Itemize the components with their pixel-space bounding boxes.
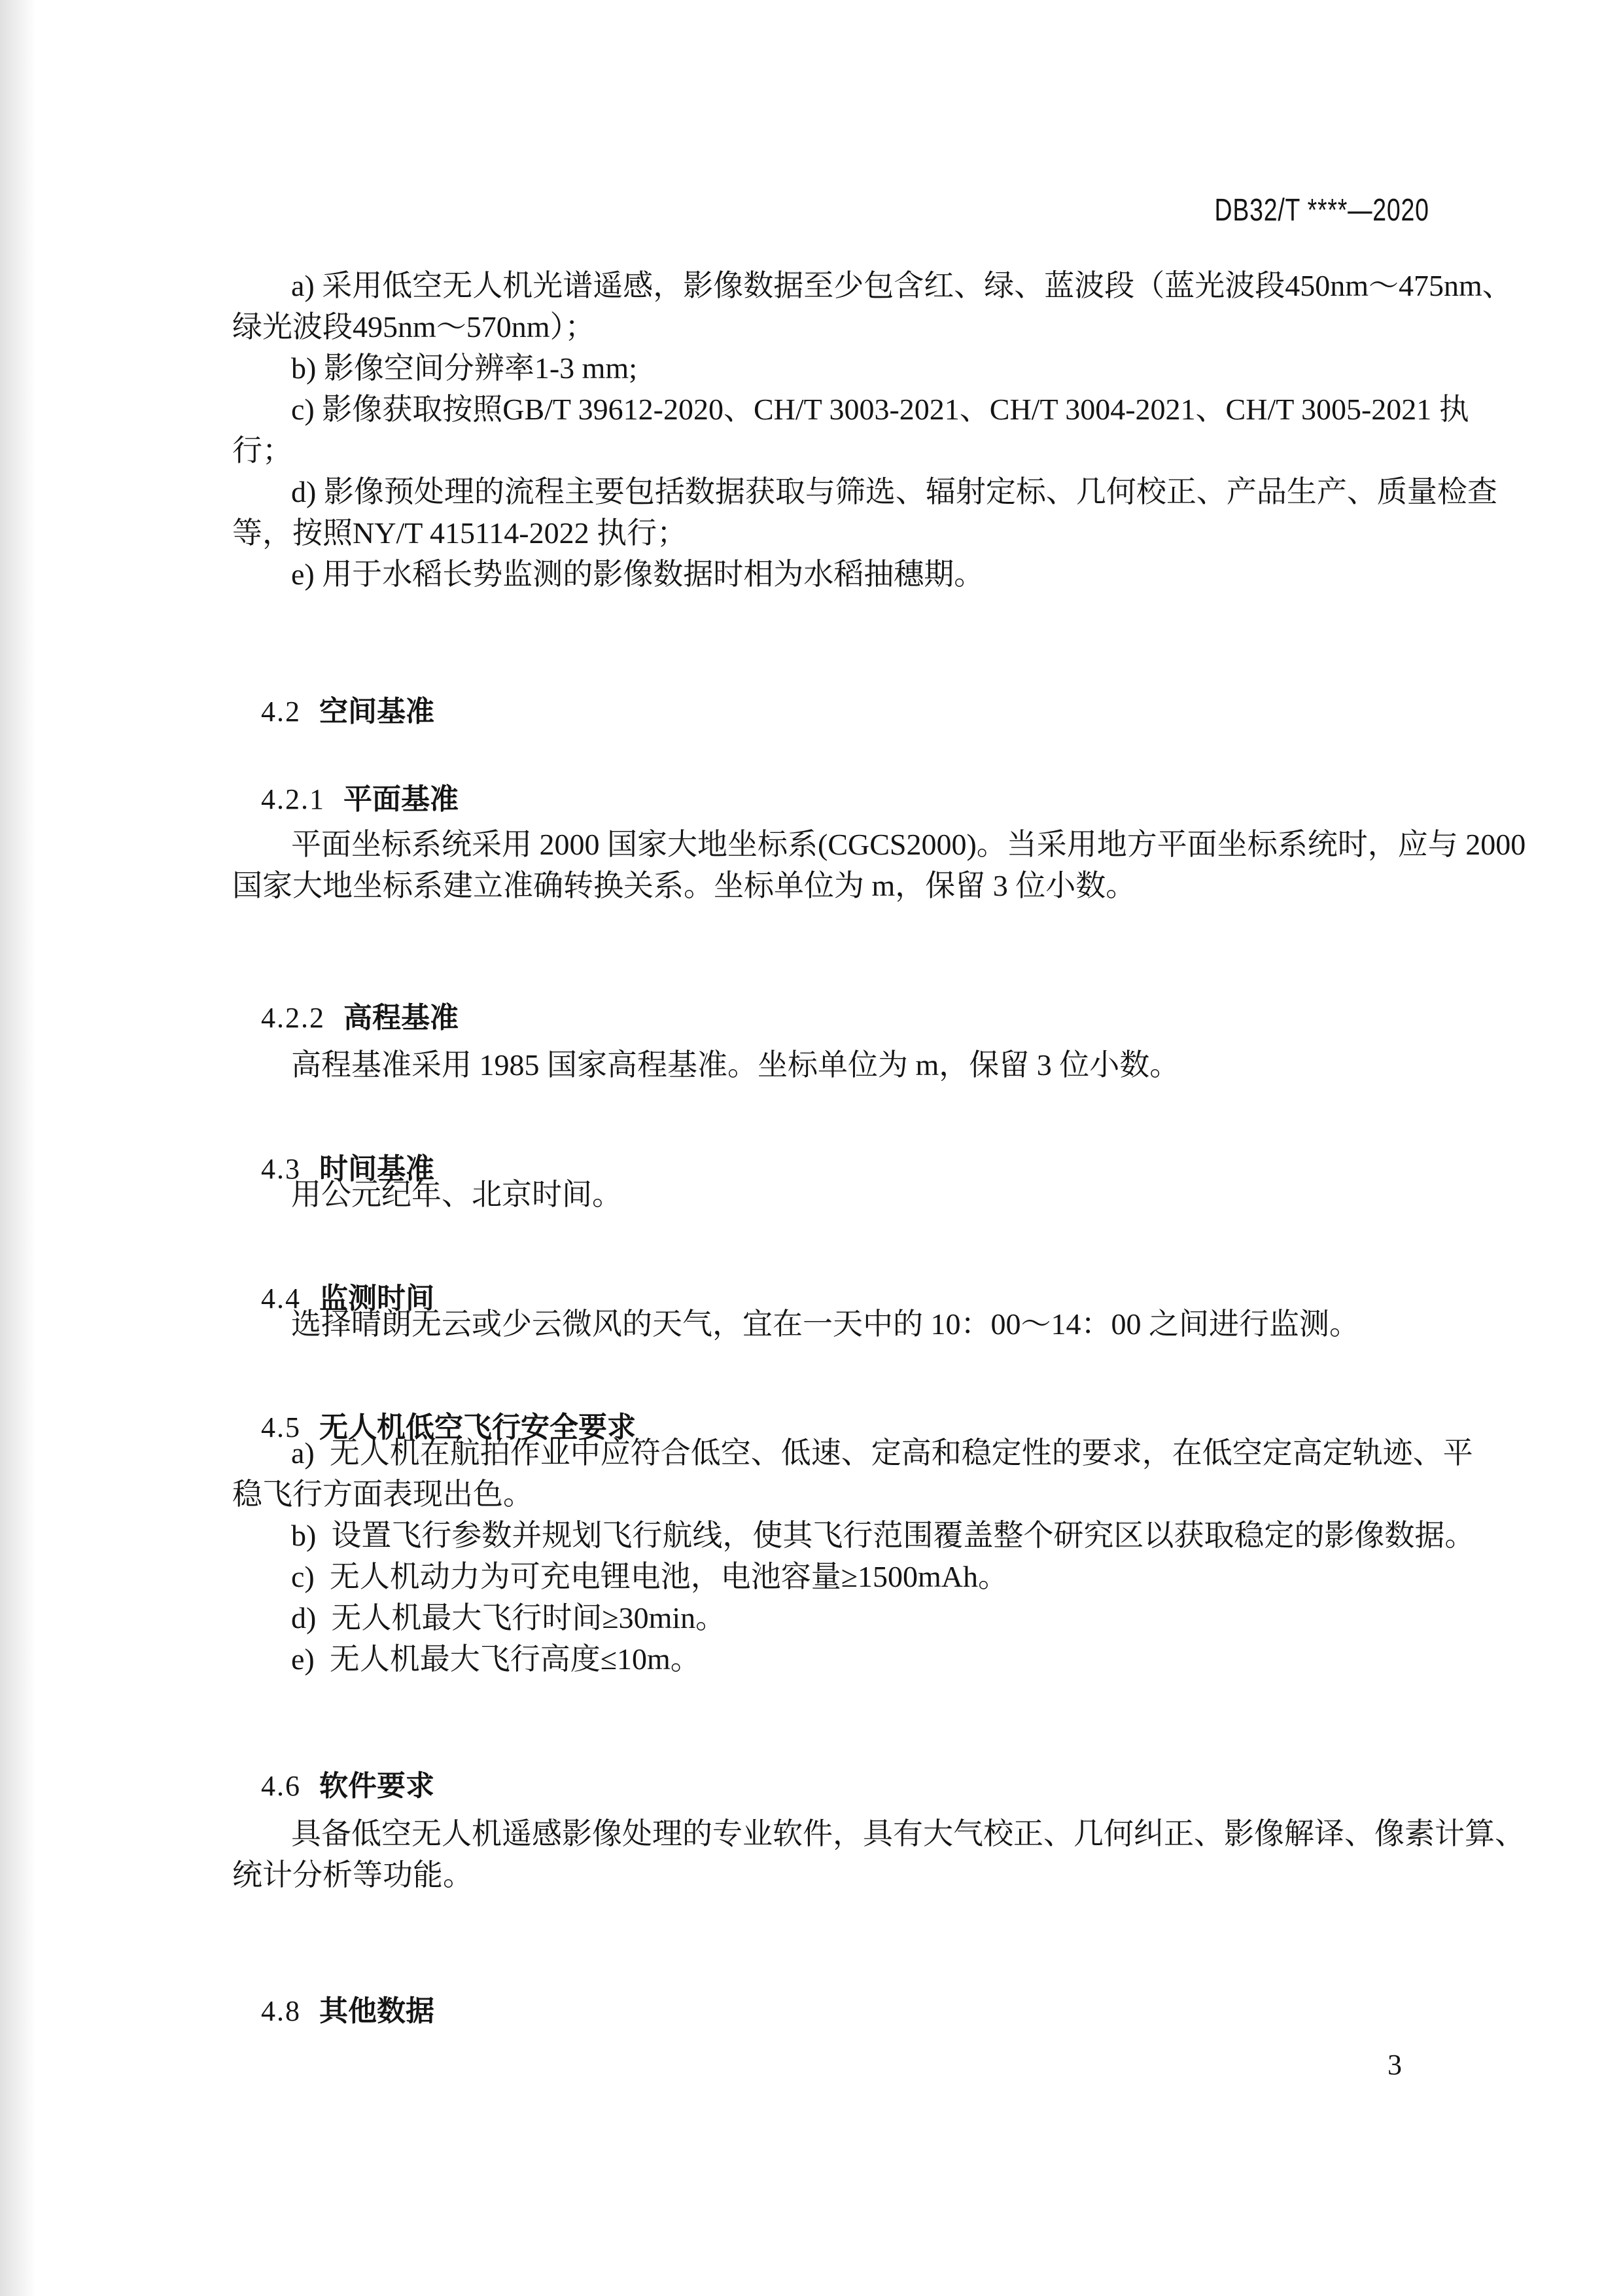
- clause-number: 4.8: [261, 1995, 301, 2027]
- document-page: DB32/T ****—2020 a) 采用低空无人机光谱遥感，影像数据至少包含…: [0, 0, 1623, 2296]
- clause-number: 4.6: [261, 1770, 301, 1802]
- clause-title: 平面基准: [343, 783, 459, 815]
- paragraph-line: 选择晴朗无云或少云微风的天气，宜在一天中的 10：00～14：00 之间进行监测…: [232, 1303, 1429, 1345]
- clause-heading-4-8: 4.8其他数据: [232, 1951, 434, 2072]
- list-item-line: 行；: [232, 430, 1429, 471]
- list-item-line: d) 影像预处理的流程主要包括数据获取与筛选、辐射定标、几何校正、产品生产、质量…: [232, 471, 1429, 512]
- paragraph-height-datum: 高程基准采用 1985 国家高程基准。坐标单位为 m，保留 3 位小数。: [232, 1044, 1429, 1086]
- paragraph-line: 国家大地坐标系建立准确转换关系。坐标单位为 m，保留 3 位小数。: [232, 865, 1429, 906]
- page-number: 3: [1387, 2045, 1402, 2085]
- paragraph-line: 用公元纪年、北京时间。: [232, 1174, 1429, 1215]
- clause-title: 软件要求: [319, 1770, 434, 1802]
- list-item-line: b) 设置飞行参数并规划飞行航线，使其飞行范围覆盖整个研究区以获取稳定的影像数据…: [232, 1515, 1429, 1556]
- scan-edge-shadow: [0, 0, 36, 2296]
- list-item-line: c) 影像获取按照GB/T 39612-2020、CH/T 3003-2021、…: [232, 389, 1429, 430]
- paragraph-time-datum: 用公元纪年、北京时间。: [232, 1174, 1429, 1215]
- list-item-line: c) 无人机动力为可充电锂电池，电池容量≥1500mAh。: [232, 1556, 1429, 1597]
- list-item-line: 稳飞行方面表现出色。: [232, 1474, 1429, 1515]
- paragraph-line: 高程基准采用 1985 国家高程基准。坐标单位为 m，保留 3 位小数。: [232, 1044, 1429, 1086]
- paragraph-plane-datum: 平面坐标系统采用 2000 国家大地坐标系(CGCS2000)。当采用地方平面坐…: [232, 824, 1429, 906]
- clause-list-uav-safety: a) 无人机在航拍作业中应符合低空、低速、定高和稳定性的要求，在低空定高定轨迹、…: [232, 1432, 1429, 1680]
- list-item-line: e) 无人机最大飞行高度≤10m。: [232, 1638, 1429, 1680]
- list-item-line: a) 采用低空无人机光谱遥感，影像数据至少包含红、绿、蓝波段（蓝光波段450nm…: [232, 265, 1429, 306]
- list-item-line: e) 用于水稻长势监测的影像数据时相为水稻抽穗期。: [232, 554, 1429, 595]
- list-item-line: 绿光波段495nm～570nm）；: [232, 306, 1429, 347]
- clause-list-image-requirements: a) 采用低空无人机光谱遥感，影像数据至少包含红、绿、蓝波段（蓝光波段450nm…: [232, 265, 1429, 595]
- clause-title: 空间基准: [319, 696, 434, 728]
- list-item-line: 等，按照NY/T 415114-2022 执行；: [232, 512, 1429, 554]
- paragraph-line: 统计分析等功能。: [232, 1854, 1429, 1896]
- paragraph-line: 具备低空无人机遥感影像处理的专业软件，具有大气校正、几何纠正、影像解译、像素计算…: [232, 1813, 1429, 1854]
- paragraph-monitor-time: 选择晴朗无云或少云微风的天气，宜在一天中的 10：00～14：00 之间进行监测…: [232, 1303, 1429, 1345]
- list-item-line: a) 无人机在航拍作业中应符合低空、低速、定高和稳定性的要求，在低空定高定轨迹、…: [232, 1432, 1429, 1474]
- clause-number: 4.2.2: [261, 1002, 325, 1034]
- clause-title: 其他数据: [319, 1995, 434, 2027]
- clause-number: 4.2: [261, 696, 301, 728]
- clause-title: 高程基准: [343, 1002, 459, 1034]
- clause-number: 4.2.1: [261, 783, 325, 815]
- document-header: DB32/T ****—2020: [1215, 194, 1429, 227]
- paragraph-software-requirements: 具备低空无人机遥感影像处理的专业软件，具有大气校正、几何纠正、影像解译、像素计算…: [232, 1813, 1429, 1896]
- list-item-line: b) 影像空间分辨率1-3 mm;: [232, 347, 1429, 389]
- paragraph-line: 平面坐标系统采用 2000 国家大地坐标系(CGCS2000)。当采用地方平面坐…: [232, 824, 1429, 865]
- list-item-line: d) 无人机最大飞行时间≥30min。: [232, 1597, 1429, 1638]
